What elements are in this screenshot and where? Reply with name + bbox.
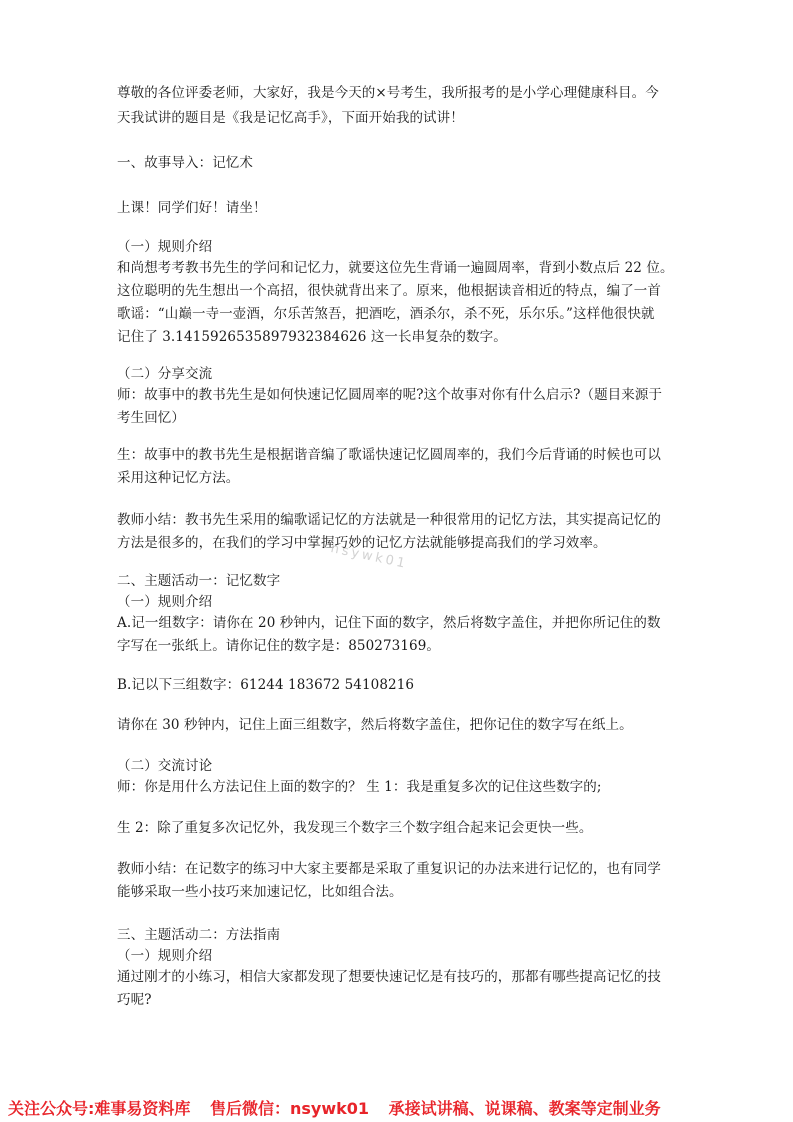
method-line-2: 巧呢? bbox=[117, 991, 152, 1009]
footer-account: 关注公众号:难事易资料库 bbox=[8, 1099, 190, 1118]
task-a-line-2: 字写在一张纸上。请你记住的数字是：850273169。 bbox=[117, 637, 440, 655]
method-line-1: 通过刚才的小练习，相信大家都发现了想要快速记忆是有技巧的，那都有哪些提高记忆的技 bbox=[117, 968, 661, 986]
teacher-question-line-2: 考生回忆） bbox=[117, 409, 185, 427]
teacher-summary-1-line-1: 教师小结：教书先生采用的编歌谣记忆的方法就是一种很常用的记忆方法，其实提高记忆的 bbox=[117, 511, 661, 529]
discussion-line-1: 师：你是用什么方法记住上面的数字的？ 生 1：我是重复多次的记住这些数字的; bbox=[117, 778, 602, 796]
subheading-rules-3: （一）规则介绍 bbox=[117, 947, 212, 965]
task-b-instruction: 请你在 30 秒钟内，记住上面三组数字，然后将数字盖住，把你记住的数字写在纸上。 bbox=[117, 716, 633, 734]
subheading-share: （二）分享交流 bbox=[117, 365, 212, 383]
footer-service: 承接试讲稿、说课稿、教案等定制业务 bbox=[389, 1099, 661, 1118]
student-answer-line-2: 采用这种记忆方法。 bbox=[117, 469, 239, 487]
subheading-rules-2: （一）规则介绍 bbox=[117, 593, 212, 611]
subheading-discussion: （二）交流讨论 bbox=[117, 757, 212, 775]
section-heading-3: 三、主题活动二：方法指南 bbox=[117, 926, 280, 944]
subheading-rules-1: （一）规则介绍 bbox=[117, 238, 212, 256]
section-heading-1: 一、故事导入：记忆术 bbox=[117, 154, 253, 172]
teacher-summary-2-line-1: 教师小结：在记数字的练习中大家主要都是采取了重复识记的办法来进行记忆的，也有同学 bbox=[117, 860, 661, 878]
story-line-1: 和尚想考考教书先生的学问和记忆力，就要这位先生背诵一遍圆周率，背到小数点后 22… bbox=[117, 259, 674, 277]
discussion-line-2: 生 2：除了重复多次记忆外，我发现三个数字三个数字组合起来记会更快一些。 bbox=[117, 819, 592, 837]
task-a-line-1: A.记一组数字：请你在 20 秒钟内，记住下面的数字，然后将数字盖住，并把你所记… bbox=[117, 614, 661, 632]
intro-line-2: 天我试讲的题目是《我是记忆高手》，下面开始我的试讲！ bbox=[117, 109, 464, 127]
student-answer-line-1: 生：故事中的教书先生是根据谐音编了歌谣快速记忆圆周率的，我们今后背诵的时候也可以 bbox=[117, 446, 661, 464]
task-b-line: B.记以下三组数字：61244 183672 54108216 bbox=[117, 676, 414, 694]
intro-line-1: 尊敬的各位评委老师，大家好，我是今天的×号考生，我所报考的是小学心理健康科目。今 bbox=[117, 84, 659, 102]
footer-banner: 关注公众号:难事易资料库 售后微信：nsywk01 承接试讲稿、说课稿、教案等定… bbox=[8, 1096, 793, 1119]
story-line-4: 记住了 3.14159265358979323846​26 这一长串复杂的数字。 bbox=[117, 328, 507, 346]
story-line-3: 歌谣：“山巅一寺一壶酒，尔乐苦煞吾，把酒吃，酒杀尔，杀不死，乐尔乐。”这样他很快… bbox=[117, 305, 655, 323]
teacher-question-line-1: 师：故事中的教书先生是如何快速记忆圆周率的呢?这个故事对你有什么启示?（题目来源… bbox=[117, 386, 662, 404]
section-heading-2: 二、主题活动一：记忆数字 bbox=[117, 572, 280, 590]
story-line-2: 这位聪明的先生想出一个高招，很快就背出来了。原来，他根据读音相近的特点，编了一首 bbox=[117, 282, 661, 300]
footer-wechat: 售后微信：nsywk01 bbox=[210, 1099, 369, 1118]
teacher-summary-2-line-2: 能够采取一些小技巧来加速记忆，比如组合法。 bbox=[117, 883, 403, 901]
greeting-line: 上课！同学们好！请坐！ bbox=[117, 199, 267, 217]
